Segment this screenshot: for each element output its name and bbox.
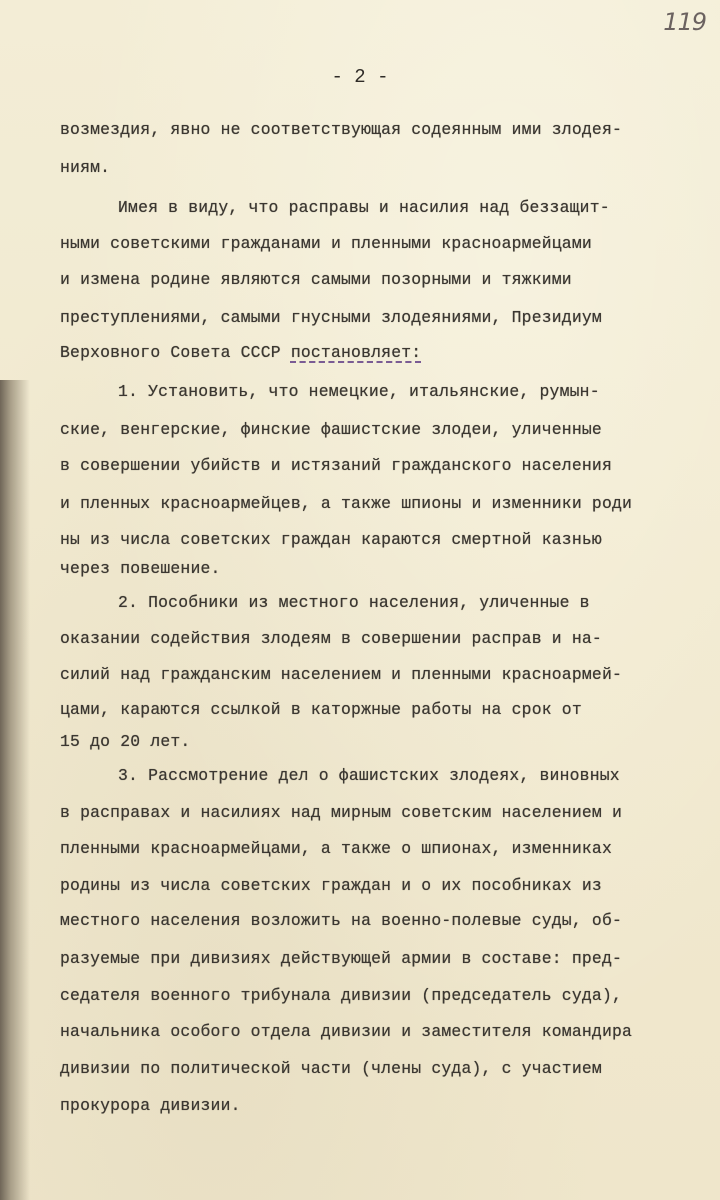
text-line: Имея в виду, что расправы и насилия над …: [118, 198, 610, 217]
text-line: пленными красноармейцами, а также о шпио…: [60, 839, 612, 858]
text-line-content: пленными красноармейцами, а также о шпио…: [60, 839, 612, 858]
page-number: - 2 -: [0, 66, 720, 88]
text-line-content: ными советскими гражданами и пленными кр…: [60, 234, 592, 253]
text-line: через повешение.: [60, 559, 221, 578]
text-line-content: 15 до 20 лет.: [60, 732, 190, 751]
text-line: цами, караются ссылкой в каторжные работ…: [60, 700, 582, 719]
text-line: в совершении убийств и истязаний граждан…: [60, 456, 612, 475]
text-line: ские, венгерские, финские фашистские зло…: [60, 420, 602, 439]
text-line-content: 2. Пособники из местного населения, улич…: [118, 593, 590, 612]
text-line-content: местного населения возложить на военно-п…: [60, 911, 622, 930]
text-line-content: в расправах и насилиях над мирным советс…: [60, 803, 622, 822]
text-line-content: ны из числа советских граждан караются с…: [60, 530, 602, 549]
text-line-content: ские, венгерские, финские фашистские зло…: [60, 420, 602, 439]
text-line: возмездия, явно не соответствующая содея…: [60, 120, 622, 139]
text-line-content: разуемые при дивизиях действующей армии …: [60, 949, 622, 968]
text-line-content: Верховного Совета СССР: [60, 343, 291, 362]
text-line: родины из числа советских граждан и о их…: [60, 876, 602, 895]
text-line-content: 3. Рассмотрение дел о фашистских злодеях…: [118, 766, 620, 785]
text-line: начальника особого отдела дивизии и заме…: [60, 1022, 632, 1041]
text-line-content: прокурора дивизии.: [60, 1096, 241, 1115]
text-line: 3. Рассмотрение дел о фашистских злодеях…: [118, 766, 620, 785]
text-line: дивизии по политической части (члены суд…: [60, 1059, 602, 1078]
text-line: силий над гражданским населением и пленн…: [60, 665, 622, 684]
text-line: преступлениями, самыми гнусными злодеяни…: [60, 308, 602, 327]
text-line: 1. Установить, что немецкие, итальянские…: [118, 382, 600, 401]
text-line-content: начальника особого отдела дивизии и заме…: [60, 1022, 632, 1041]
text-line-content: и измена родине являются самыми позорным…: [60, 270, 572, 289]
text-line-content: в совершении убийств и истязаний граждан…: [60, 456, 612, 475]
text-line: и измена родине являются самыми позорным…: [60, 270, 572, 289]
text-line: в расправах и насилиях над мирным советс…: [60, 803, 622, 822]
text-line: разуемые при дивизиях действующей армии …: [60, 949, 622, 968]
text-line: прокурора дивизии.: [60, 1096, 241, 1115]
text-line-content: 1. Установить, что немецкие, итальянские…: [118, 382, 600, 401]
text-line-content: возмездия, явно не соответствующая содея…: [60, 120, 622, 139]
text-line-content: через повешение.: [60, 559, 221, 578]
emphasized-word: постановляет:: [291, 343, 421, 362]
text-line: Верховного Совета СССР постановляет:: [60, 343, 421, 362]
text-line: 2. Пособники из местного населения, улич…: [118, 593, 590, 612]
binding-edge: [0, 380, 30, 1200]
text-line-content: преступлениями, самыми гнусными злодеяни…: [60, 308, 602, 327]
text-line-content: ниям.: [60, 158, 110, 177]
folio-number: 119: [663, 8, 706, 36]
text-line: седателя военного трибунала дивизии (пре…: [60, 986, 622, 1005]
text-line: оказании содействия злодеям в совершении…: [60, 629, 602, 648]
text-line-content: седателя военного трибунала дивизии (пре…: [60, 986, 622, 1005]
text-line: ниям.: [60, 158, 110, 177]
text-line-content: дивизии по политической части (члены суд…: [60, 1059, 602, 1078]
text-line: и пленных красноармейцев, а также шпионы…: [60, 494, 632, 513]
text-line-content: Имея в виду, что расправы и насилия над …: [118, 198, 610, 217]
text-line-content: родины из числа советских граждан и о их…: [60, 876, 602, 895]
text-line-content: силий над гражданским населением и пленн…: [60, 665, 622, 684]
text-line-content: оказании содействия злодеям в совершении…: [60, 629, 602, 648]
text-line: 15 до 20 лет.: [60, 732, 190, 751]
text-line-content: цами, караются ссылкой в каторжные работ…: [60, 700, 582, 719]
text-line: ными советскими гражданами и пленными кр…: [60, 234, 592, 253]
text-line: местного населения возложить на военно-п…: [60, 911, 622, 930]
text-line: ны из числа советских граждан караются с…: [60, 530, 602, 549]
text-line-content: и пленных красноармейцев, а также шпионы…: [60, 494, 632, 513]
